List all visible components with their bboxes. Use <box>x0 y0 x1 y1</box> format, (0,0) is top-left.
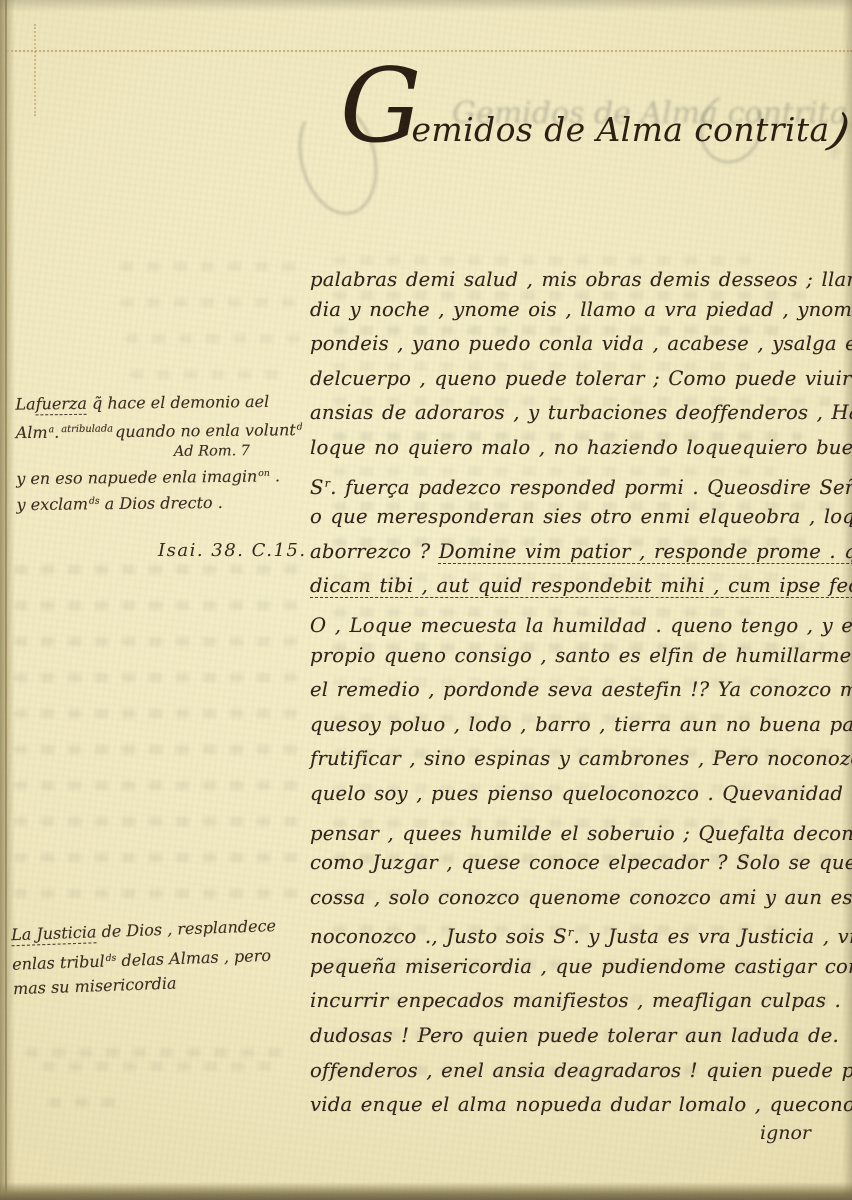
bleedthrough-line <box>14 889 299 898</box>
bleedthrough-line <box>120 262 300 271</box>
text-segment: aborrezco ? <box>310 540 439 563</box>
text-segment: y en eso napuede enla imagin <box>16 467 257 489</box>
text-segment: . <box>270 466 280 485</box>
text-segment: La <box>15 394 35 413</box>
title-initial: G <box>340 66 417 148</box>
manuscript-line: frutificar , sino espinas y cambrones , … <box>310 742 850 777</box>
catchword: ignor <box>760 1122 811 1144</box>
text-segment: . <box>54 423 59 442</box>
text-segment: La Justicia <box>11 922 97 944</box>
text-segment: on <box>258 468 270 479</box>
text-segment: delcuerpo , queno puede tolerar ; Como p… <box>310 367 852 390</box>
manuscript-line: cossa , solo conozco quenome conozco ami… <box>310 881 850 916</box>
bleedthrough-line <box>14 565 299 574</box>
bleedthrough-line <box>120 298 305 307</box>
text-segment: quelo soy , pues pienso queloconozco . Q… <box>310 782 852 805</box>
text-segment: ds <box>89 496 100 507</box>
text-segment: Domine vim patior , responde prome . qui… <box>439 540 852 563</box>
manuscript-line: incurrir enpecados manifiestos , meaflig… <box>310 984 850 1019</box>
manuscript-line: dudosas ! Pero quien puede tolerar aun l… <box>310 1019 850 1054</box>
text-segment: el remedio , pordonde seva aestefin !? Y… <box>310 678 852 701</box>
bleedthrough-line <box>125 334 300 343</box>
text-segment: loque no quiero malo , no haziendo loque… <box>310 436 852 459</box>
text-segment: pequeña misericordia , que pudiendome ca… <box>310 955 852 978</box>
text-segment: vida enque el alma nopueda dudar lomalo … <box>310 1093 852 1116</box>
manuscript-line: Alma.atribuladaquando no enla voluntd <box>16 414 316 443</box>
manuscript-line: palabras demi salud , mis obras demis de… <box>310 258 850 293</box>
horizontal-fold-crease <box>0 50 852 52</box>
text-segment: d <box>297 422 303 433</box>
binding-edge <box>0 0 15 1200</box>
manuscript-line: quesoy poluo , lodo , barro , tierra aun… <box>310 708 850 743</box>
manuscript-line: Lafuerza q̃ hace el demonio ael <box>15 388 315 417</box>
manuscript-page: Gemidos de Alma contrita G emidos de Alm… <box>0 0 852 1200</box>
scripture-reference: Isai. 38. C.15. <box>158 540 307 561</box>
bleedthrough-line <box>130 370 290 379</box>
page-top-edge <box>0 0 852 12</box>
text-segment: dicam tibi , aut quid respondebit mihi ,… <box>310 574 852 597</box>
manuscript-line: dia y noche , ynome ois , llamo a vra pi… <box>310 293 850 328</box>
manuscript-line: aborrezco ? Domine vim patior , responde… <box>310 535 850 570</box>
bleedthrough-line <box>14 673 299 682</box>
text-segment: . fuerça padezco responded pormi . Queos… <box>330 475 852 498</box>
bleedthrough-line <box>14 709 299 718</box>
text-segment: ds <box>105 953 116 964</box>
text-segment: propio queno consigo , santo es elfin de… <box>310 644 852 667</box>
manuscript-line: o que meresponderan sies otro enmi elque… <box>310 500 850 535</box>
text-segment: a Dios drecto . <box>100 493 223 513</box>
margin-note-demonio: Lafuerza q̃ hace el demonio aelAlma.atri… <box>15 388 316 515</box>
text-segment: palabras demi salud , mis obras demis de… <box>310 268 852 291</box>
manuscript-line: delcuerpo , queno puede tolerar ; Como p… <box>310 362 850 397</box>
text-segment: dia y noche , ynome ois , llamo a vra pi… <box>310 298 852 321</box>
vertical-fold-crease <box>34 24 36 116</box>
manuscript-line: pequeña misericordia , que pudiendome ca… <box>310 950 850 985</box>
manuscript-line: dicam tibi , aut quid respondebit mihi ,… <box>310 569 850 604</box>
text-segment: Alm <box>16 423 48 442</box>
page-bottom-edge <box>0 1182 852 1200</box>
text-segment: y exclam <box>16 494 88 514</box>
text-segment: . y Justa es vra Justicia , vno <box>574 925 852 948</box>
text-segment: o que meresponderan sies otro enmi elque… <box>310 505 852 528</box>
bleedthrough-line <box>25 1048 290 1057</box>
text-segment: cossa , solo conozco quenome conozco ami… <box>310 886 852 909</box>
manuscript-line: quelo soy , pues pienso queloconozco . Q… <box>310 777 850 812</box>
bleedthrough-line <box>14 745 299 754</box>
text-segment: fuerza <box>36 394 88 414</box>
text-segment: offenderos , enel ansia deagradaros ! qu… <box>310 1059 852 1082</box>
bleedthrough-line <box>48 1098 123 1107</box>
manuscript-line: noconozco ., Justo sois Sr. y Justa es v… <box>310 915 850 950</box>
manuscript-line: O , Loque mecuesta la humildad . queno t… <box>310 604 850 639</box>
manuscript-line: y exclamds a Dios drecto . <box>16 486 316 515</box>
text-segment: delas Almas , pero <box>116 946 271 970</box>
page-title: G emidos de Alma contrita ) <box>340 66 848 152</box>
manuscript-line: pondeis , yano puedo conla vida , acabes… <box>310 327 850 362</box>
bleedthrough-line <box>14 781 299 790</box>
text-segment: pondeis , yano puedo conla vida , acabes… <box>310 332 852 355</box>
text-segment: frutificar , sino espinas y cambrones , … <box>310 747 852 770</box>
text-segment: atribulada <box>61 423 113 435</box>
text-segment: Ad Rom. 7 <box>174 443 250 460</box>
text-segment: noconozco ., Justo sois S <box>310 925 567 948</box>
text-segment: O , Loque mecuesta la humildad . queno t… <box>310 614 852 637</box>
manuscript-line: loque no quiero malo , no haziendo loque… <box>310 431 850 466</box>
text-segment: quando no enla volunt <box>115 420 296 441</box>
manuscript-line: y en eso napuede enla imaginon . <box>16 460 316 489</box>
text-segment: q̃ hace el demonio ael <box>87 392 269 413</box>
text-segment: quesoy poluo , lodo , barro , tierra aun… <box>310 713 852 736</box>
manuscript-line: como Juzgar , quese conoce elpecador ? S… <box>310 846 850 881</box>
text-segment: mas su misericordia <box>13 974 177 999</box>
text-segment: de Dios , resplandece <box>96 916 276 941</box>
manuscript-line: Sr. fuerça padezco responded pormi . Que… <box>310 466 850 501</box>
main-text-block: palabras demi salud , mis obras demis de… <box>310 258 850 1123</box>
text-segment: enlas tribul <box>12 952 105 974</box>
bleedthrough-line <box>14 637 299 646</box>
text-segment: incurrir enpecados manifiestos , meaflig… <box>310 989 841 1012</box>
manuscript-line: pensar , quees humilde el soberuio ; Que… <box>310 812 850 847</box>
manuscript-line: el remedio , pordonde seva aestefin !? Y… <box>310 673 850 708</box>
manuscript-line: propio queno consigo , santo es elfin de… <box>310 639 850 674</box>
bleedthrough-line <box>14 853 299 862</box>
manuscript-line: ansias de adoraros , y turbaciones deoff… <box>310 396 850 431</box>
manuscript-line: vida enque el alma nopueda dudar lomalo … <box>310 1088 850 1123</box>
text-segment: dudosas ! Pero quien puede tolerar aun l… <box>310 1024 839 1047</box>
text-segment: S <box>310 475 324 498</box>
text-segment: pensar , quees humilde el soberuio ; Que… <box>310 821 852 844</box>
margin-note-justicia: La Justicia de Dios , resplandeceenlas t… <box>11 911 314 1002</box>
text-segment: como Juzgar , quese conoce elpecador ? S… <box>310 851 852 874</box>
bleedthrough-line <box>14 601 299 610</box>
manuscript-line: offenderos , enel ansia deagradaros ! qu… <box>310 1054 850 1089</box>
title-text: emidos de Alma contrita <box>411 110 829 149</box>
bleedthrough-line <box>14 817 299 826</box>
text-segment: ansias de adoraros , y turbaciones deoff… <box>310 401 852 424</box>
bleedthrough-line <box>42 1062 282 1071</box>
